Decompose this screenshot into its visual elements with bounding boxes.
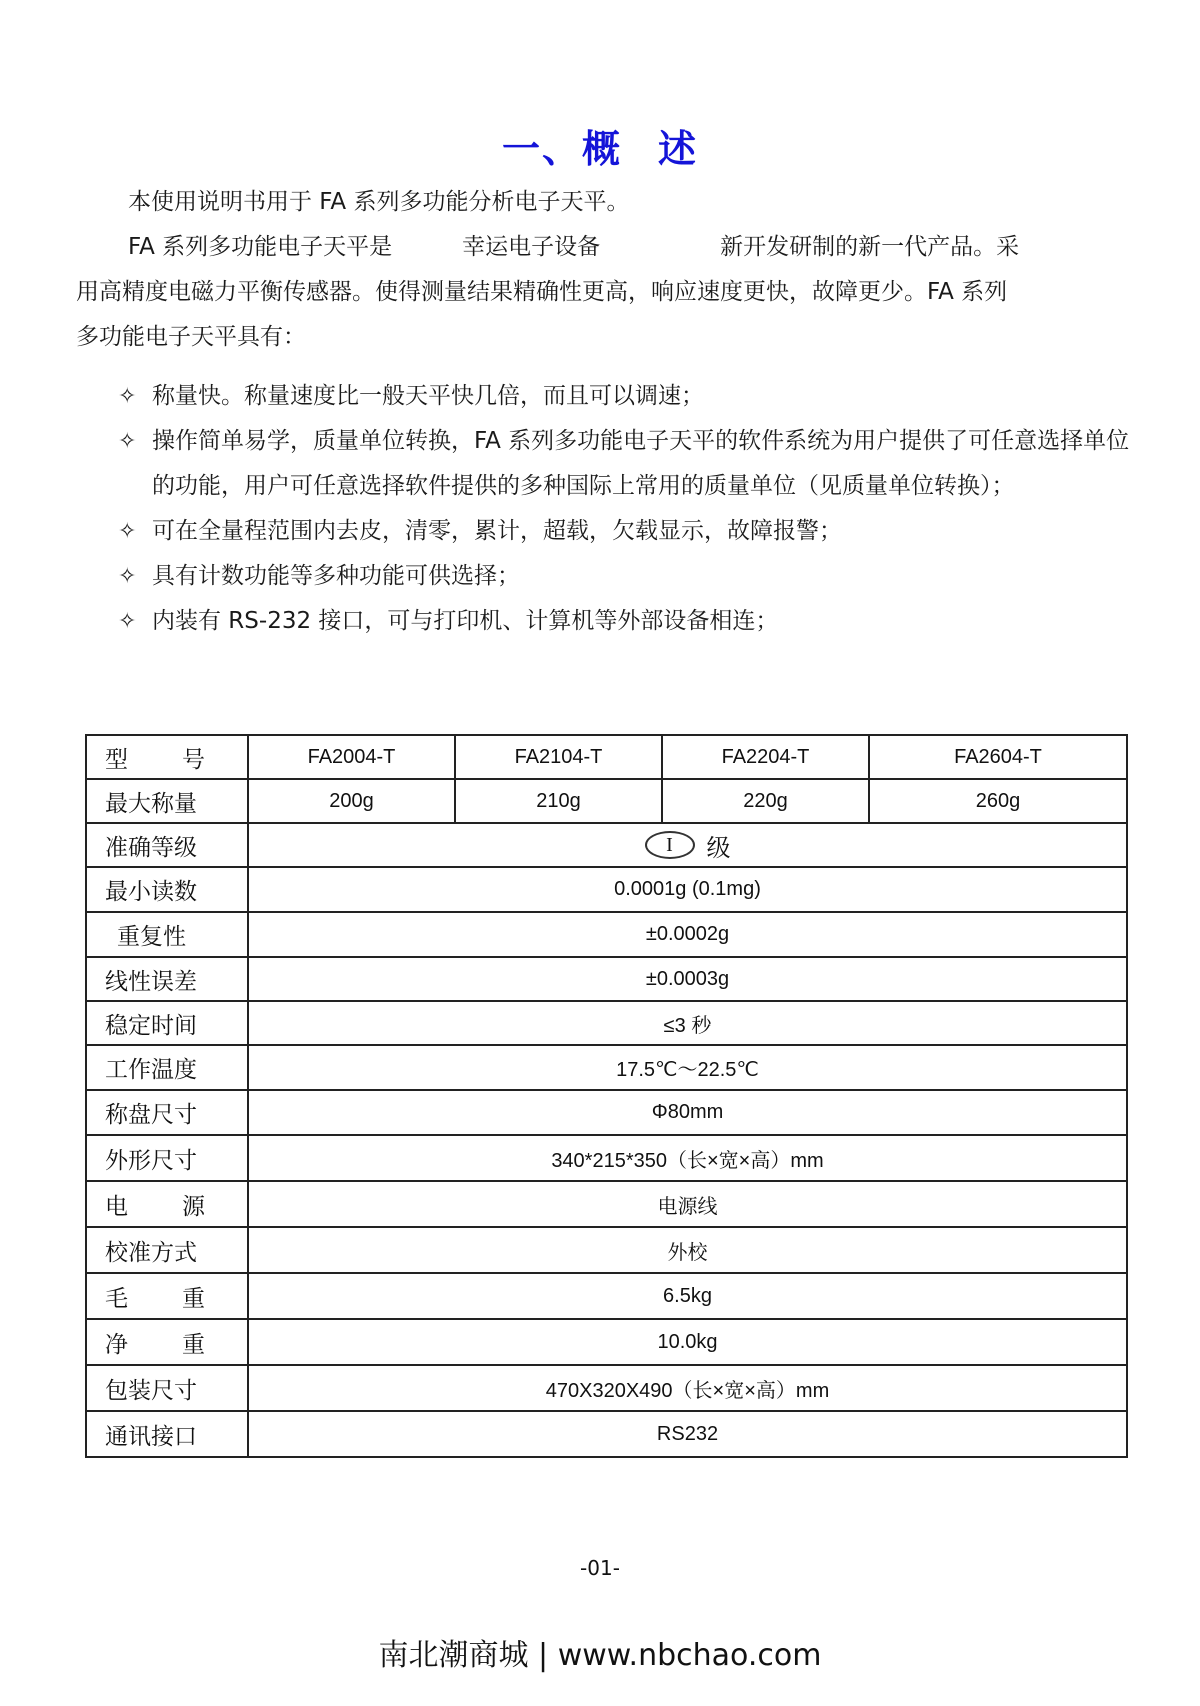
row-value: 340*215*350（长×宽×高）mm	[248, 1135, 1127, 1181]
feature-text: 内装有 RS-232 接口，可与打印机、计算机等外部设备相连；	[152, 599, 1138, 644]
feature-item: ✧ 称量快。称量速度比一般天平快几倍，而且可以调速；	[118, 374, 1138, 419]
row-label: 外形尺寸	[86, 1135, 248, 1181]
feature-item: ✧ 具有计数功能等多种功能可供选择；	[118, 554, 1138, 599]
section-title-part1: 一、概	[502, 127, 622, 171]
table-row: 稳定时间 ≤3 秒	[86, 1001, 1127, 1045]
capacity-cell: 200g	[248, 779, 455, 823]
table-row-capacity: 最大称量 200g 210g 220g 260g	[86, 779, 1127, 823]
intro-paragraph-1: 本使用说明书用于 FA 系列多功能分析电子天平。	[76, 180, 1136, 225]
label-char: 号	[182, 741, 205, 774]
row-label: 通讯接口	[86, 1411, 248, 1457]
feature-item: ✧ 内装有 RS-232 接口，可与打印机、计算机等外部设备相连；	[118, 599, 1138, 644]
row-value: ±0.0003g	[248, 957, 1127, 1001]
row-label: 电源	[86, 1181, 248, 1227]
row-value: 6.5kg	[248, 1273, 1127, 1319]
row-label: 线性误差	[86, 957, 248, 1001]
company-name: 幸运电子设备	[462, 234, 600, 260]
intro-paragraph-3: 用高精度电磁力平衡传感器。使得测量结果精确性更高，响应速度更快，故障更少。FA …	[76, 270, 1136, 315]
row-value: 外校	[248, 1227, 1127, 1273]
capacity-cell: 260g	[869, 779, 1127, 823]
table-row: 电源 电源线	[86, 1181, 1127, 1227]
feature-text: 称量快。称量速度比一般天平快几倍，而且可以调速；	[152, 374, 1138, 419]
model-cell: FA2004-T	[248, 735, 455, 779]
model-cell: FA2104-T	[455, 735, 662, 779]
table-row: 准确等级 I 级	[86, 823, 1127, 867]
table-row: 最小读数 0.0001g (0.1mg)	[86, 867, 1127, 912]
spec-table: 型号 FA2004-T FA2104-T FA2204-T FA2604-T 最…	[85, 734, 1128, 1458]
row-value: ≤3 秒	[248, 1001, 1127, 1045]
row-label: 稳定时间	[86, 1001, 248, 1045]
label-char: 净	[105, 1326, 128, 1359]
sparkle-bullet-icon: ✧	[118, 599, 152, 644]
row-value: 10.0kg	[248, 1319, 1127, 1365]
table-row: 称盘尺寸 Φ80mm	[86, 1090, 1127, 1135]
row-value: 电源线	[248, 1181, 1127, 1227]
section-title: 一、概述	[0, 118, 1200, 173]
footer-watermark: 南北潮商城 | www.nbchao.com	[0, 1630, 1200, 1674]
row-label: 最大称量	[86, 779, 248, 823]
page-number: -01-	[0, 1556, 1200, 1580]
grade-text: 级	[707, 828, 731, 863]
row-label: 毛重	[86, 1273, 248, 1319]
sparkle-bullet-icon: ✧	[118, 554, 152, 599]
table-row: 线性误差 ±0.0003g	[86, 957, 1127, 1001]
table-row: 外形尺寸 340*215*350（长×宽×高）mm	[86, 1135, 1127, 1181]
feature-text: 具有计数功能等多种功能可供选择；	[152, 554, 1138, 599]
label-char: 源	[182, 1188, 205, 1221]
table-row: 校准方式 外校	[86, 1227, 1127, 1273]
label-char: 毛	[105, 1280, 128, 1313]
capacity-cell: 220g	[662, 779, 869, 823]
intro-section: 本使用说明书用于 FA 系列多功能分析电子天平。 FA 系列多功能电子天平是幸运…	[76, 180, 1136, 360]
row-label: 净重	[86, 1319, 248, 1365]
row-value: RS232	[248, 1411, 1127, 1457]
label-char: 型	[105, 741, 128, 774]
table-row: 包装尺寸 470X320X490（长×宽×高）mm	[86, 1365, 1127, 1411]
table-row-model: 型号 FA2004-T FA2104-T FA2204-T FA2604-T	[86, 735, 1127, 779]
sparkle-bullet-icon: ✧	[118, 509, 152, 554]
feature-list: ✧ 称量快。称量速度比一般天平快几倍，而且可以调速； ✧ 操作简单易学，质量单位…	[118, 374, 1138, 644]
feature-item: ✧ 可在全量程范围内去皮，清零，累计，超载，欠载显示，故障报警；	[118, 509, 1138, 554]
label-char: 重	[182, 1280, 205, 1313]
feature-text: 可在全量程范围内去皮，清零，累计，超载，欠载显示，故障报警；	[152, 509, 1138, 554]
row-value: 470X320X490（长×宽×高）mm	[248, 1365, 1127, 1411]
model-cell: FA2204-T	[662, 735, 869, 779]
intro-text-c: 新开发研制的新一代产品。采	[720, 234, 1019, 260]
row-value: I 级	[248, 823, 1127, 867]
table-row: 净重 10.0kg	[86, 1319, 1127, 1365]
sparkle-bullet-icon: ✧	[118, 374, 152, 419]
intro-paragraph-2: FA 系列多功能电子天平是幸运电子设备新开发研制的新一代产品。采	[76, 225, 1136, 270]
row-label: 校准方式	[86, 1227, 248, 1273]
label-char: 重	[182, 1326, 205, 1359]
row-label: 重复性	[86, 912, 248, 957]
row-label: 型号	[86, 735, 248, 779]
table-row: 毛重 6.5kg	[86, 1273, 1127, 1319]
feature-item: ✧ 操作简单易学，质量单位转换，FA 系列多功能电子天平的软件系统为用户提供了可…	[118, 419, 1138, 509]
intro-paragraph-4: 多功能电子天平具有：	[76, 315, 1136, 360]
row-value: Φ80mm	[248, 1090, 1127, 1135]
row-label: 最小读数	[86, 867, 248, 912]
table-row: 工作温度 17.5℃～22.5℃	[86, 1045, 1127, 1090]
model-cell: FA2604-T	[869, 735, 1127, 779]
label-char: 电	[105, 1188, 128, 1221]
intro-text-a: FA 系列多功能电子天平是	[128, 234, 392, 260]
accuracy-class-icon: I	[645, 831, 695, 859]
table-row: 通讯接口 RS232	[86, 1411, 1127, 1457]
row-label: 称盘尺寸	[86, 1090, 248, 1135]
table-row: 重复性 ±0.0002g	[86, 912, 1127, 957]
row-label-text: 重复性	[105, 918, 247, 951]
capacity-cell: 210g	[455, 779, 662, 823]
row-value: 17.5℃～22.5℃	[248, 1045, 1127, 1090]
section-title-part2: 述	[658, 127, 698, 171]
feature-text: 操作简单易学，质量单位转换，FA 系列多功能电子天平的软件系统为用户提供了可任意…	[152, 419, 1138, 509]
row-label: 准确等级	[86, 823, 248, 867]
row-value: ±0.0002g	[248, 912, 1127, 957]
row-value: 0.0001g (0.1mg)	[248, 867, 1127, 912]
row-label: 工作温度	[86, 1045, 248, 1090]
sparkle-bullet-icon: ✧	[118, 419, 152, 464]
row-label: 包装尺寸	[86, 1365, 248, 1411]
